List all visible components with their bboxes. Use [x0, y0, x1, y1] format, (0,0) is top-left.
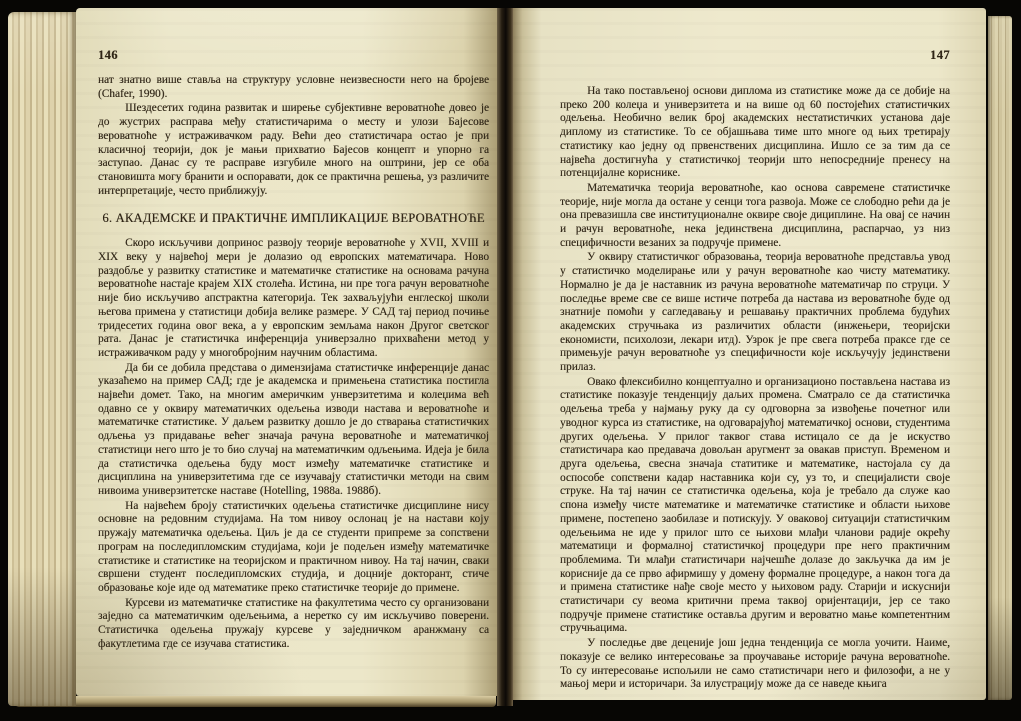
- paragraph: Скоро искључиви допринос развоју теорије…: [98, 237, 489, 360]
- paragraph: Овако флексибилно концептуално и организ…: [560, 376, 950, 636]
- paragraph: Да би се добила представа о димензијама …: [98, 362, 489, 499]
- paragraph: На највећем броју статистичких одељења с…: [98, 500, 489, 596]
- paragraph: У оквиру статистичког образовања, теориј…: [560, 251, 950, 374]
- page-number: 146: [98, 48, 489, 63]
- paragraph: Курсеви из математичке статистике на фак…: [98, 597, 489, 652]
- bottom-page-edges: [12, 696, 496, 707]
- page-number: 147: [560, 48, 950, 63]
- left-page-edges: [8, 12, 76, 706]
- paragraph: нат знатно више ставља на структуру усло…: [98, 74, 489, 101]
- page-146-content: 146 нат знатно више ставља на структуру …: [76, 8, 497, 651]
- right-page-edges: [988, 16, 1012, 700]
- paragraph: Математичка теорија вероватноће, као осн…: [560, 182, 950, 251]
- section-heading: 6. АКАДЕМСКЕ И ПРАКТИЧНЕ ИМПЛИКАЦИЈЕ ВЕР…: [98, 211, 489, 226]
- page-147: 147 На тако постављеној основи диплома и…: [513, 8, 986, 700]
- paragraph: На тако постављеној основи диплома из ст…: [560, 85, 950, 181]
- paragraph: Шездесетих година развитак и ширење субј…: [98, 102, 489, 198]
- page-147-content: 147 На тако постављеној основи диплома и…: [513, 8, 986, 692]
- book-scan-photo: 146 нат знатно више ставља на структуру …: [0, 0, 1021, 721]
- paragraph: У последње две деценије још једна тенден…: [560, 637, 950, 692]
- book-spine-gutter: [497, 8, 513, 706]
- page-146: 146 нат знатно више ставља на структуру …: [76, 8, 497, 696]
